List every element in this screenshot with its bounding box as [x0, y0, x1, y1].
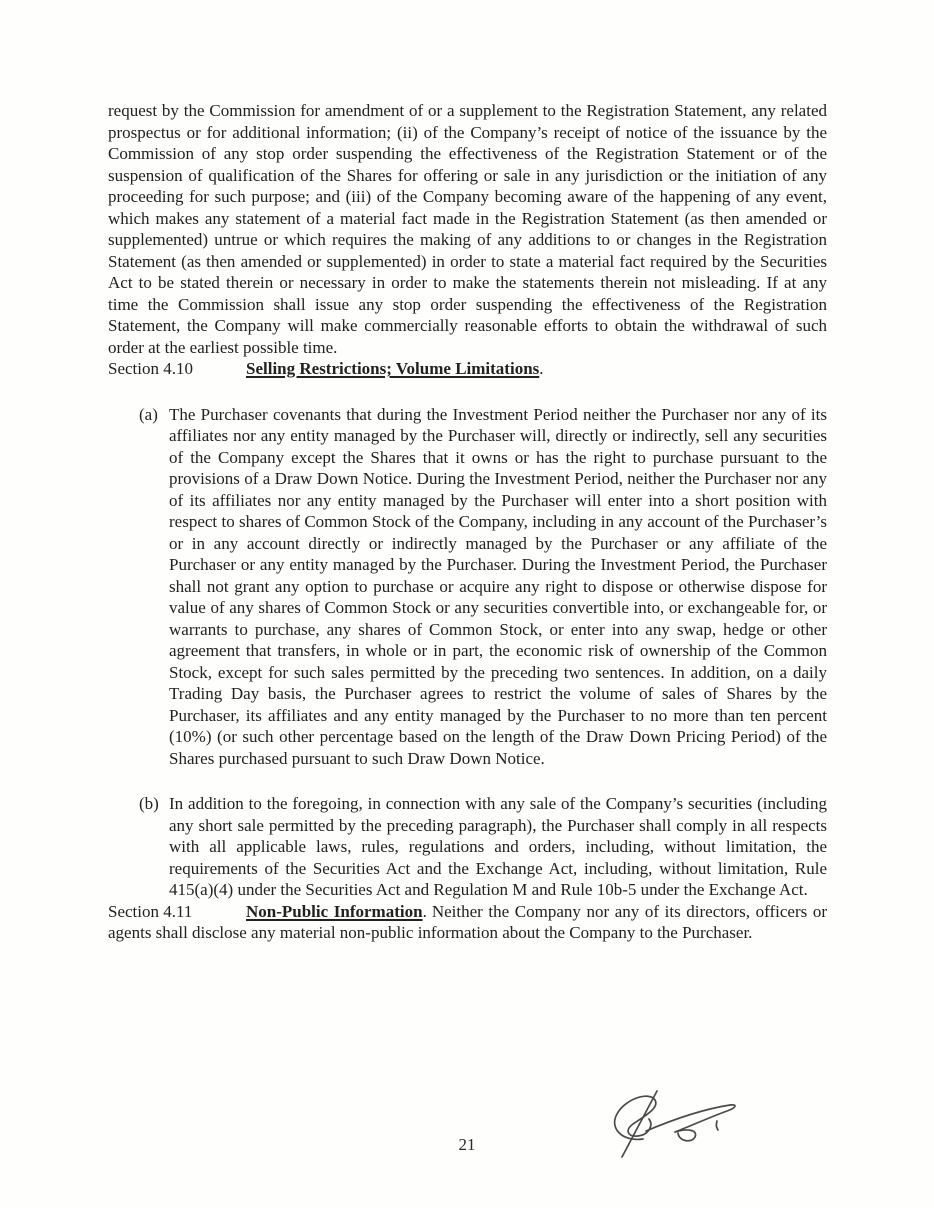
section-411-title-period: . — [423, 902, 427, 921]
clause-a-text: The Purchaser covenants that during the … — [169, 404, 827, 770]
section-410-label: Section 4.10 — [108, 358, 246, 380]
clause-a: (a) The Purchaser covenants that during … — [139, 404, 827, 770]
document-text-block: request by the Commission for amendment … — [108, 100, 827, 944]
document-page: request by the Commission for amendment … — [0, 0, 934, 1208]
intro-paragraph: request by the Commission for amendment … — [108, 100, 827, 358]
clause-b-text: In addition to the foregoing, in connect… — [169, 793, 827, 901]
section-410-title-period: . — [539, 359, 543, 378]
signature-initials-icon — [596, 1084, 754, 1166]
section-411-label: Section 4.11 — [108, 901, 246, 923]
clause-b-marker: (b) — [139, 793, 169, 901]
section-410-title: Selling Restrictions; Volume Limitations — [246, 359, 539, 378]
section-410-heading-line: Section 4.10Selling Restrictions; Volume… — [108, 358, 827, 380]
page-number: 21 — [0, 1135, 934, 1155]
clause-b: (b) In addition to the foregoing, in con… — [139, 793, 827, 901]
section-411-paragraph: Section 4.11Non-Public Information.Neith… — [108, 901, 827, 944]
section-411-title: Non-Public Information — [246, 902, 423, 921]
clause-a-marker: (a) — [139, 404, 169, 770]
